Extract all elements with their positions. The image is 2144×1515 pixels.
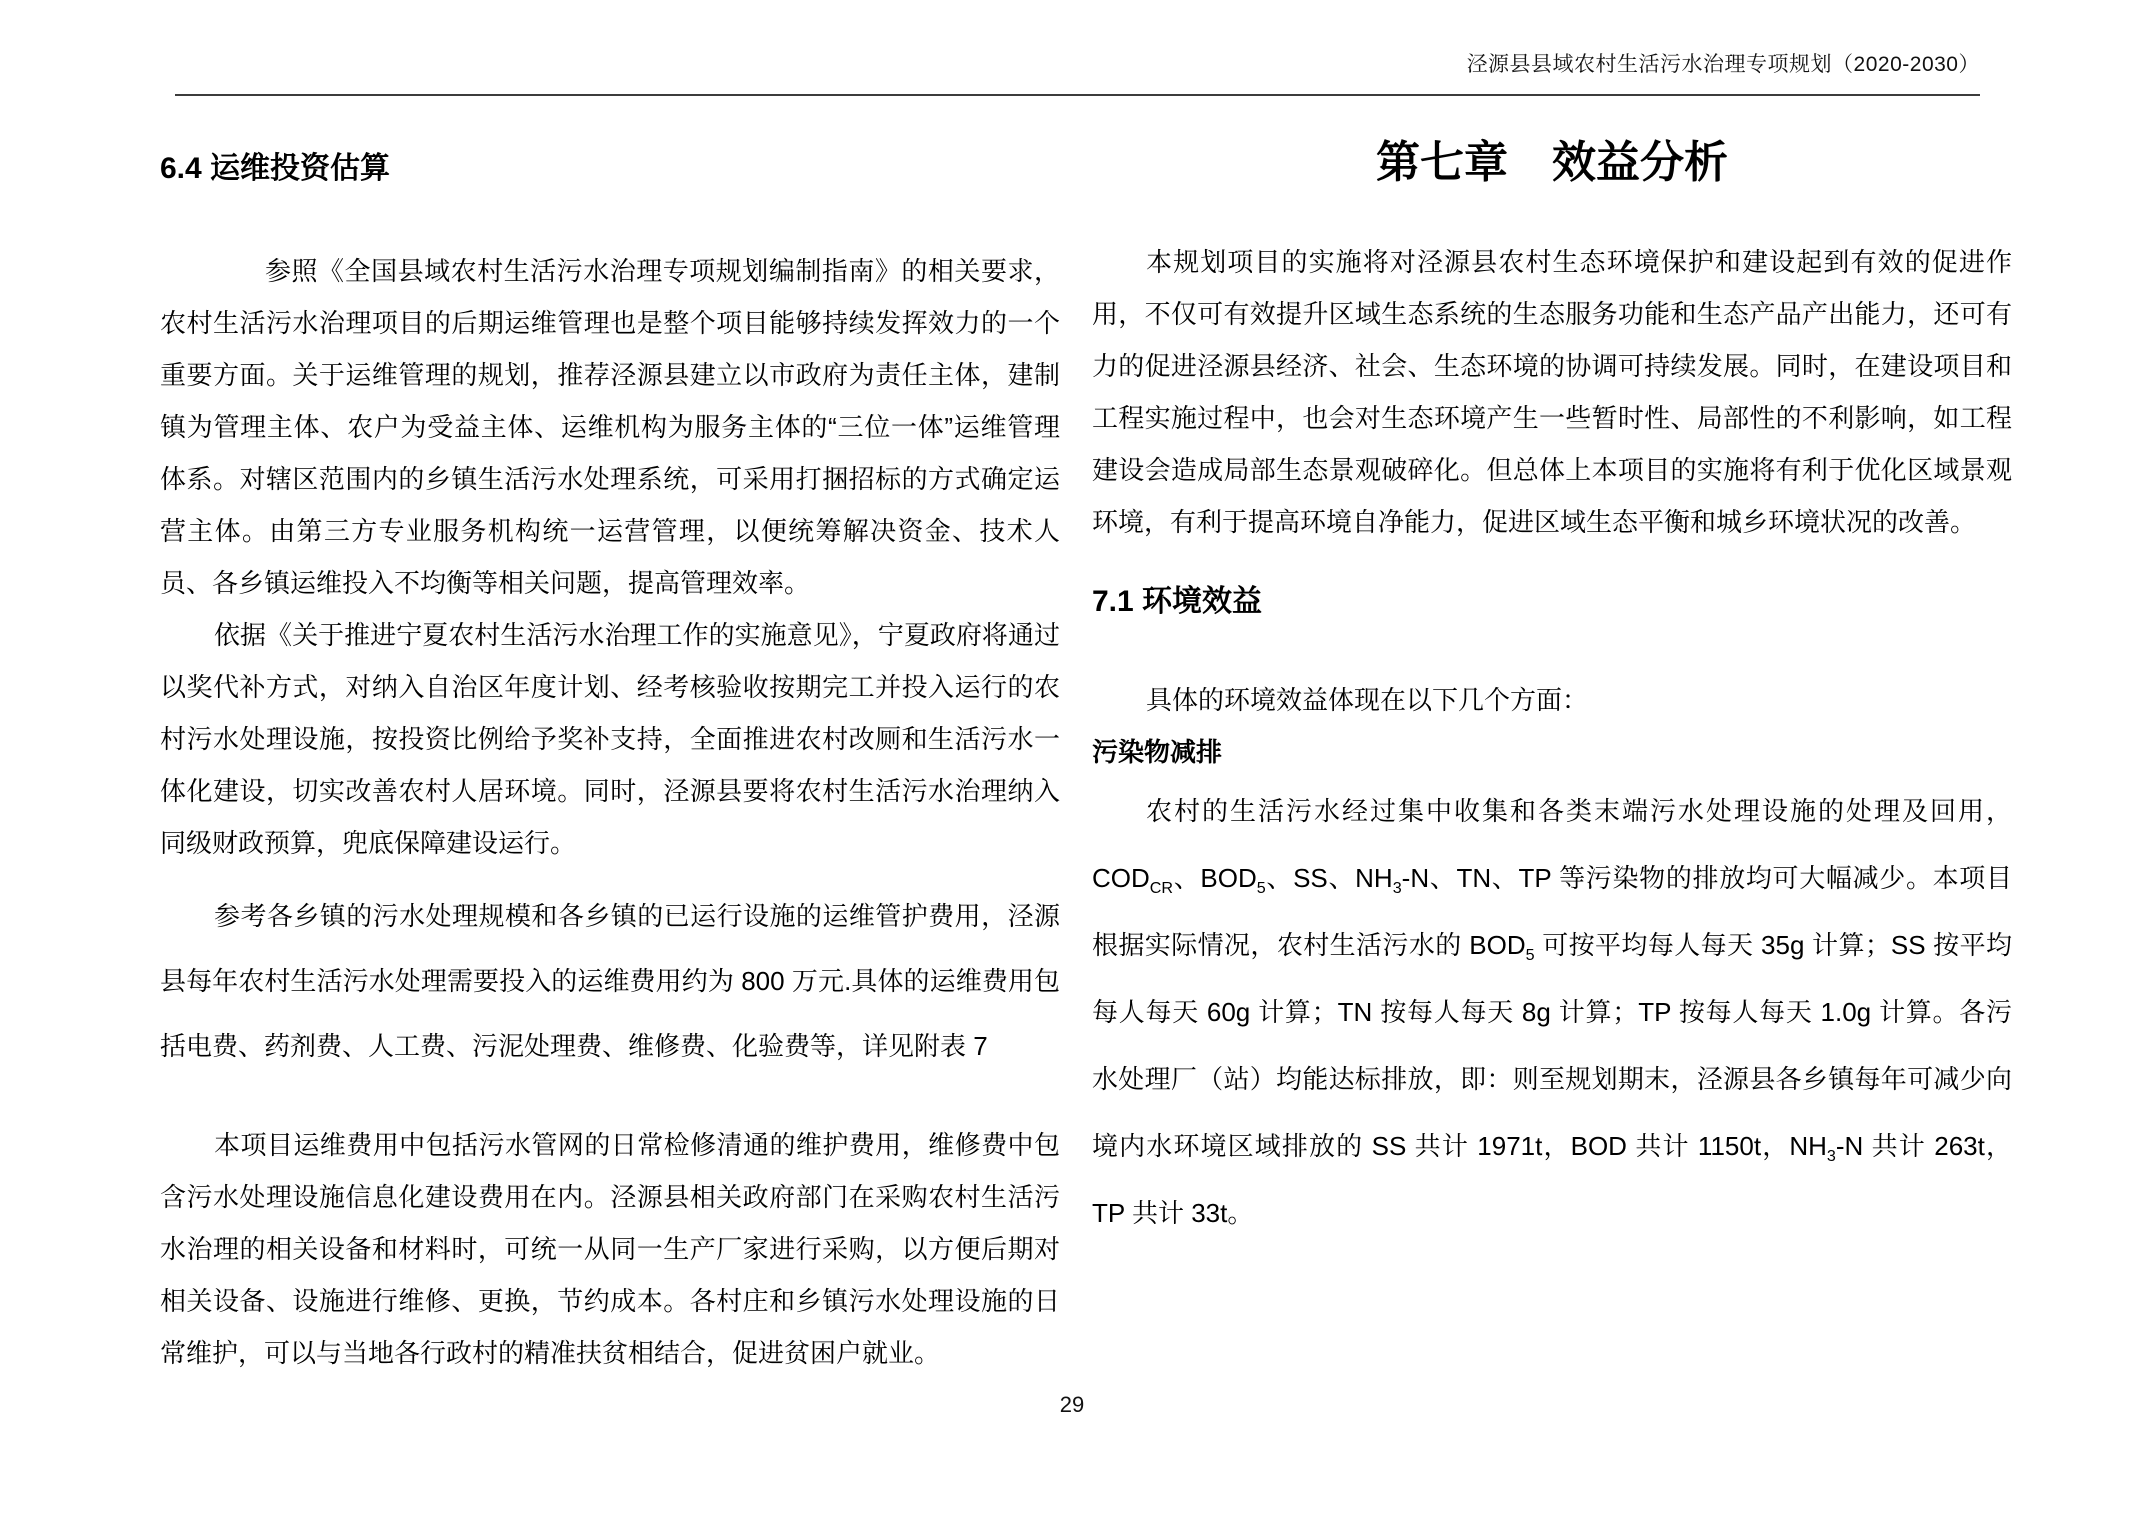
page-number: 29 [0,1392,2144,1418]
left-paragraph-1: 参照《全国县域农村生活污水治理专项规划编制指南》的相关要求，农村生活污水治理项目… [160,245,1060,609]
document-page: 泾源县县域农村生活污水治理专项规划（2020-2030） 6.4 运维投资估算 … [0,0,2144,1515]
environment-benefit-lead-line: 具体的环境效益体现在以下几个方面： [1092,674,2012,726]
section-heading-7-1: 7.1 环境效益 [1092,576,2012,620]
left-paragraph-3: 参考各乡镇的污水处理规模和各乡镇的已运行设施的运维管护费用，泾源县每年农村生活污… [160,884,1060,1079]
chapter-heading: 第七章 效益分析 [1092,138,2012,188]
pollutant-reduction-paragraph: 农村的生活污水经过集中收集和各类末端污水处理设施的处理及回用，CODCR、BOD… [1092,778,2012,1247]
chapter-intro-paragraph: 本规划项目的实施将对泾源县农村生态环境保护和建设起到有效的促进作用，不仅可有效提… [1092,236,2012,548]
section-heading-6-4: 6.4 运维投资估算 [160,143,1060,187]
right-column: 第七章 效益分析 本规划项目的实施将对泾源县农村生态环境保护和建设起到有效的促进… [1092,138,2012,1247]
pollutant-reduction-subheading: 污染物减排 [1092,726,2012,778]
header-rule-divider [175,94,1980,96]
left-paragraph-4: 本项目运维费用中包括污水管网的日常检修清通的维护费用，维修费中包含污水处理设施信… [160,1119,1060,1379]
left-column: 6.4 运维投资估算 参照《全国县域农村生活污水治理专项规划编制指南》的相关要求… [160,143,1060,1379]
left-paragraph-2: 依据《关于推进宁夏农村生活污水治理工作的实施意见》，宁夏政府将通过以奖代补方式，… [160,609,1060,869]
running-header-title: 泾源县县域农村生活污水治理专项规划（2020-2030） [1467,48,1980,78]
